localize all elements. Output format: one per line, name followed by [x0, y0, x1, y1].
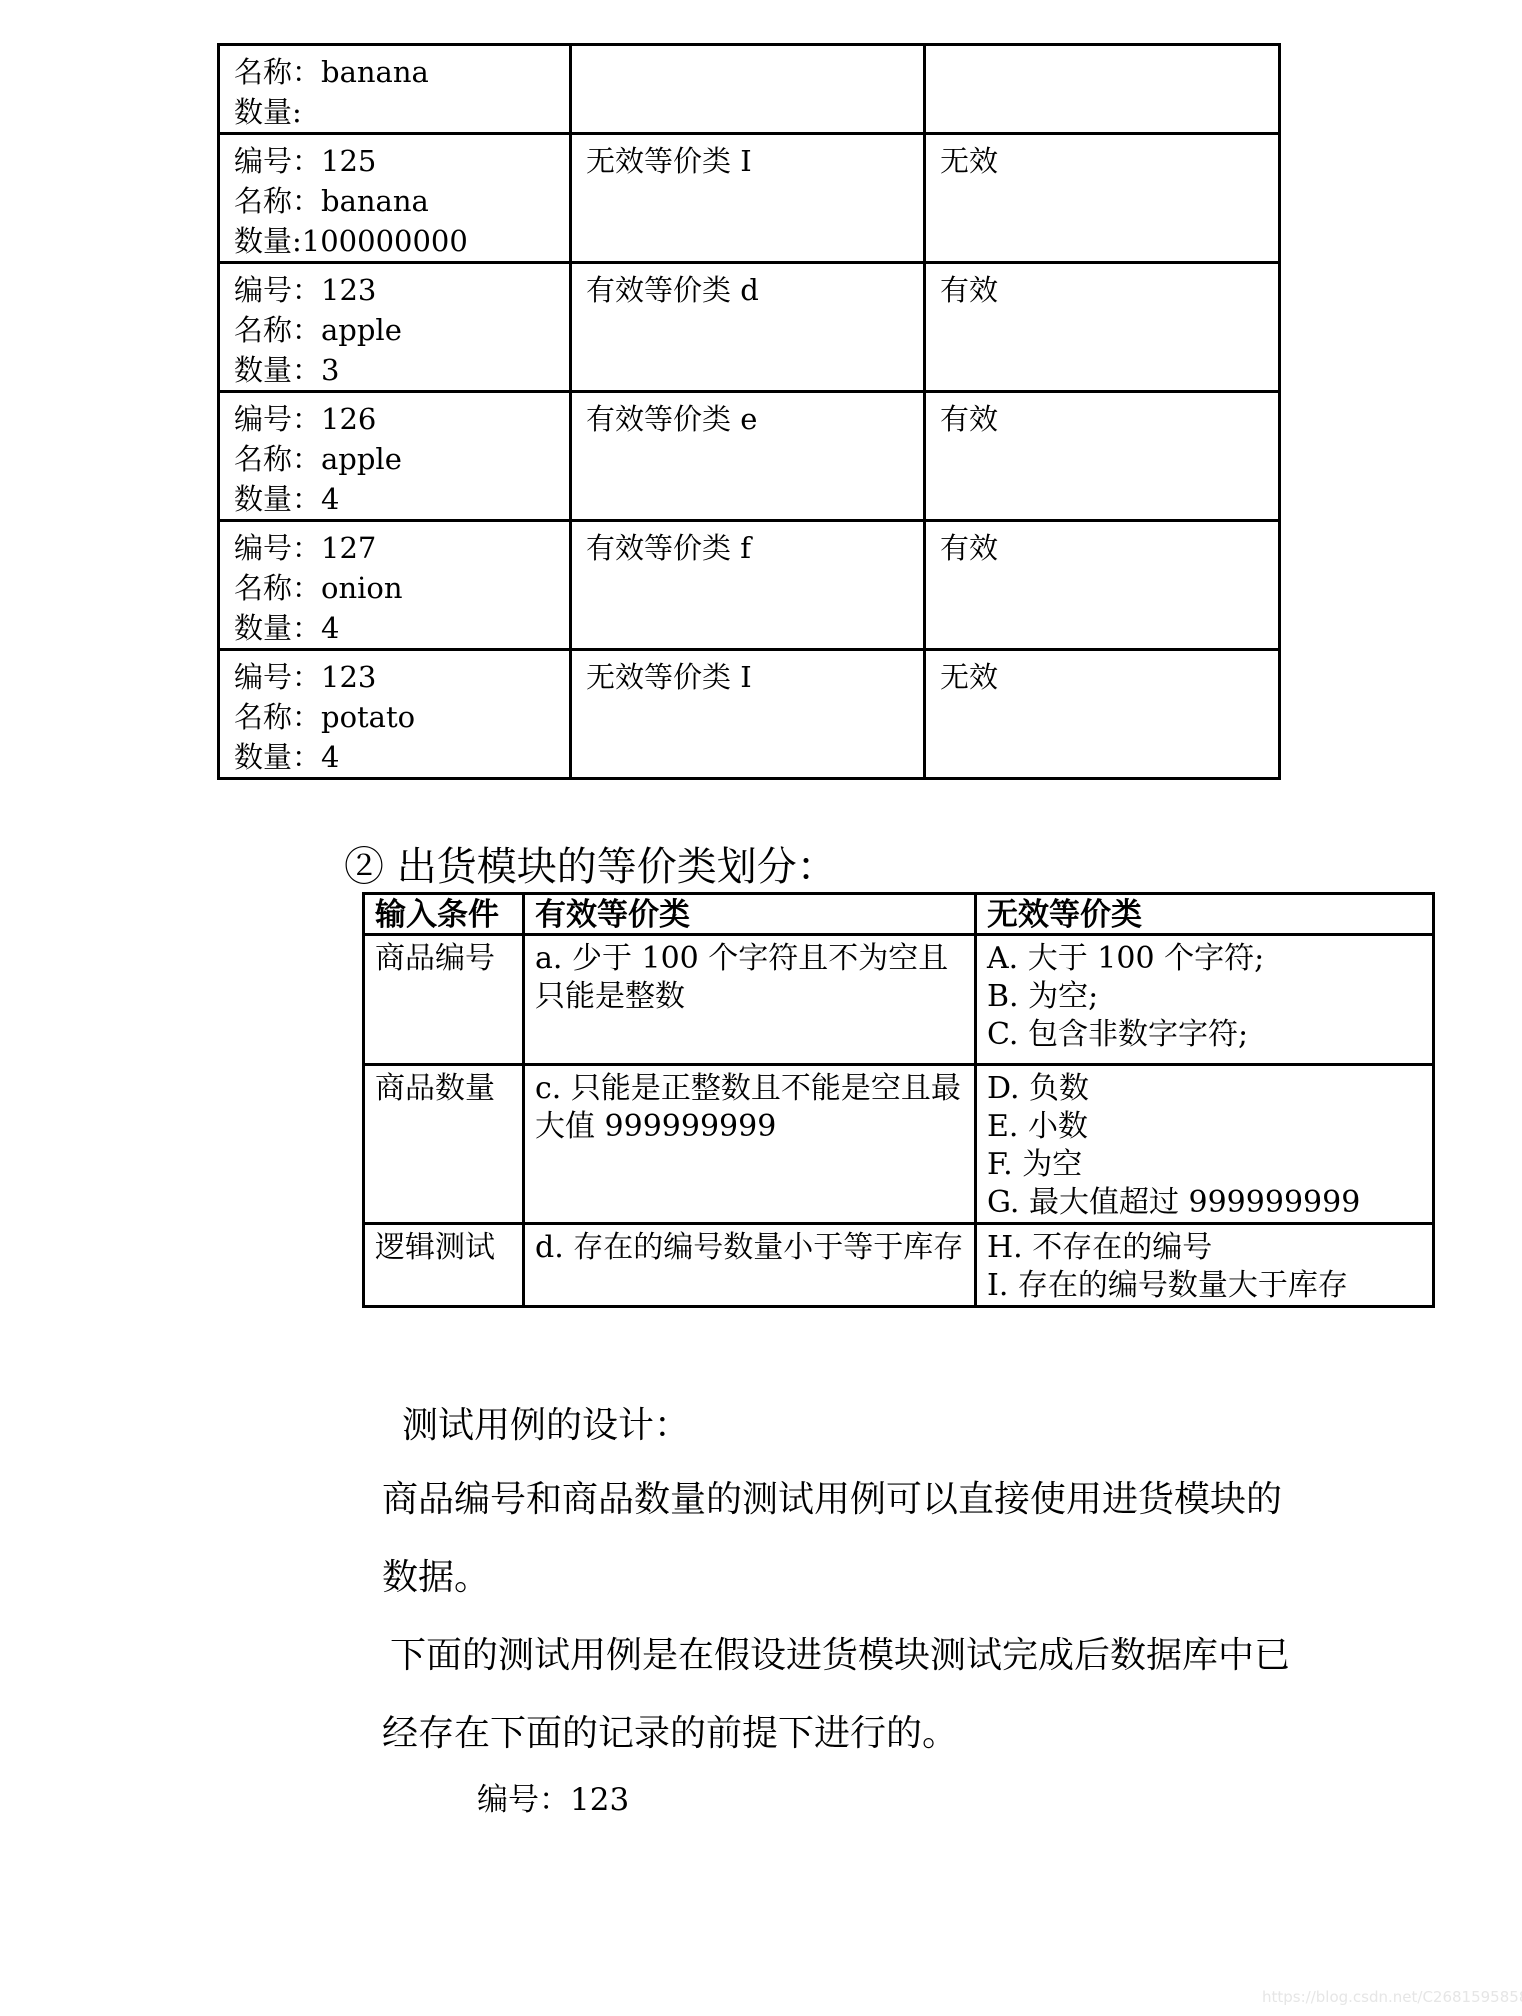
cell-line: D. 负数 — [987, 1070, 1424, 1108]
paragraph-line: 经存在下面的记录的前提下进行的。 — [382, 1712, 958, 1756]
cell-line: 名称：onion — [234, 568, 563, 608]
table-cell: 无效 — [925, 134, 1280, 263]
cell-line: 数量:100000000 — [234, 221, 563, 261]
table-row: 编号：126名称：apple数量：4有效等价类 e有效 — [219, 392, 1280, 521]
cell-line: C. 包含非数字字符; — [987, 1016, 1424, 1054]
cell-line: F. 为空 — [987, 1146, 1424, 1184]
cell-line: E. 小数 — [987, 1108, 1424, 1146]
table-row: 名称：banana数量: — [219, 45, 1280, 134]
cell-line: 有效 — [940, 528, 1272, 568]
cell-line: 数量：4 — [234, 608, 563, 648]
cell-line: A. 大于 100 个字符; — [987, 940, 1424, 978]
cell-line: 名称：banana — [234, 52, 563, 92]
document-page: { "page": { "background": "#ffffff", "te… — [0, 0, 1522, 2016]
equivalence-class-table-body: 输入条件有效等价类无效等价类商品编号a. 少于 100 个字符且不为空且只能是整… — [364, 894, 1434, 1307]
table-cell — [925, 45, 1280, 134]
cell-line: H. 不存在的编号 — [987, 1229, 1424, 1267]
cell-line: 编号：127 — [234, 528, 563, 568]
cell-line: 名称：apple — [234, 439, 563, 479]
footnote-record-id: 编号：123 — [477, 1774, 629, 1819]
inventory-records-table-body: 名称：banana数量:编号：125名称：banana数量:100000000无… — [219, 45, 1280, 779]
equivalence-class-table: 输入条件有效等价类无效等价类商品编号a. 少于 100 个字符且不为空且只能是整… — [362, 892, 1435, 1308]
table-row: 商品数量c. 只能是正整数且不能是空且最大值 999999999D. 负数E. … — [364, 1065, 1434, 1224]
cell-line: 名称：potato — [234, 697, 563, 737]
cell-line: 有效 — [940, 399, 1272, 439]
column-header: 输入条件 — [364, 894, 524, 935]
table-header-row: 输入条件有效等价类无效等价类 — [364, 894, 1434, 935]
table-cell: 无效等价类 I — [571, 650, 925, 779]
valid-class-cell: a. 少于 100 个字符且不为空且只能是整数 — [524, 935, 976, 1065]
cell-line: 数量：3 — [234, 350, 563, 390]
cell-line: 无效等价类 I — [586, 657, 917, 697]
table-row: 编号：127名称：onion数量：4有效等价类 f有效 — [219, 521, 1280, 650]
table-cell: 有效 — [925, 392, 1280, 521]
cell-line: 无效等价类 I — [586, 141, 917, 181]
paragraph-line: 数据。 — [382, 1556, 490, 1600]
table-cell: 编号：123名称：potato数量：4 — [219, 650, 571, 779]
cell-line: 有效等价类 d — [586, 270, 917, 310]
table-cell: 编号：123名称：apple数量：3 — [219, 263, 571, 392]
table-row: 编号：123名称：apple数量：3有效等价类 d有效 — [219, 263, 1280, 392]
cell-line: 编号：125 — [234, 141, 563, 181]
cell-line: 无效 — [940, 657, 1272, 697]
cell-line: 编号：123 — [234, 270, 563, 310]
table-row: 编号：123名称：potato数量：4无效等价类 I无效 — [219, 650, 1280, 779]
cell-line: 数量：4 — [234, 737, 563, 777]
valid-class-cell: d. 存在的编号数量小于等于库存 — [524, 1224, 976, 1307]
input-condition-cell: 商品数量 — [364, 1065, 524, 1224]
section-heading: ② 出货模块的等价类划分： — [344, 843, 837, 891]
column-header: 无效等价类 — [976, 894, 1434, 935]
table-cell: 有效等价类 d — [571, 263, 925, 392]
table-row: 编号：125名称：banana数量:100000000无效等价类 I无效 — [219, 134, 1280, 263]
cell-line: 名称：banana — [234, 181, 563, 221]
cell-line: 编号：123 — [234, 657, 563, 697]
cell-line: G. 最大值超过 999999999 — [987, 1184, 1424, 1222]
cell-line: 数量：4 — [234, 479, 563, 519]
paragraph-line: 下面的测试用例是在假设进货模块测试完成后数据库中已 — [390, 1634, 1290, 1678]
cell-line: 有效 — [940, 270, 1272, 310]
valid-class-cell: c. 只能是正整数且不能是空且最大值 999999999 — [524, 1065, 976, 1224]
table-cell: 无效等价类 I — [571, 134, 925, 263]
table-cell: 有效 — [925, 521, 1280, 650]
table-cell: 有效 — [925, 263, 1280, 392]
watermark-url: https://blog.csdn.net/C2681595858 — [1262, 1988, 1522, 2006]
cell-line: 有效等价类 f — [586, 528, 917, 568]
table-cell — [571, 45, 925, 134]
cell-line: 有效等价类 e — [586, 399, 917, 439]
invalid-class-cell: H. 不存在的编号I. 存在的编号数量大于库存 — [976, 1224, 1434, 1307]
table-row: 逻辑测试d. 存在的编号数量小于等于库存H. 不存在的编号I. 存在的编号数量大… — [364, 1224, 1434, 1307]
invalid-class-cell: A. 大于 100 个字符;B. 为空;C. 包含非数字字符; — [976, 935, 1434, 1065]
table-cell: 编号：126名称：apple数量：4 — [219, 392, 571, 521]
table-cell: 有效等价类 f — [571, 521, 925, 650]
paragraph-line: 商品编号和商品数量的测试用例可以直接使用进货模块的 — [382, 1478, 1282, 1522]
paragraph-line: 测试用例的设计： — [402, 1404, 690, 1448]
table-cell: 有效等价类 e — [571, 392, 925, 521]
table-cell: 无效 — [925, 650, 1280, 779]
table-row: 商品编号a. 少于 100 个字符且不为空且只能是整数A. 大于 100 个字符… — [364, 935, 1434, 1065]
cell-line: 编号：126 — [234, 399, 563, 439]
invalid-class-cell: D. 负数E. 小数F. 为空G. 最大值超过 999999999 — [976, 1065, 1434, 1224]
cell-line: 名称：apple — [234, 310, 563, 350]
input-condition-cell: 商品编号 — [364, 935, 524, 1065]
cell-line: I. 存在的编号数量大于库存 — [987, 1267, 1424, 1305]
column-header: 有效等价类 — [524, 894, 976, 935]
cell-line: 无效 — [940, 141, 1272, 181]
input-condition-cell: 逻辑测试 — [364, 1224, 524, 1307]
cell-line: B. 为空; — [987, 978, 1424, 1016]
table-cell: 名称：banana数量: — [219, 45, 571, 134]
table-cell: 编号：127名称：onion数量：4 — [219, 521, 571, 650]
inventory-records-table: 名称：banana数量:编号：125名称：banana数量:100000000无… — [217, 43, 1281, 780]
table-cell: 编号：125名称：banana数量:100000000 — [219, 134, 571, 263]
cell-line: 数量: — [234, 92, 563, 132]
